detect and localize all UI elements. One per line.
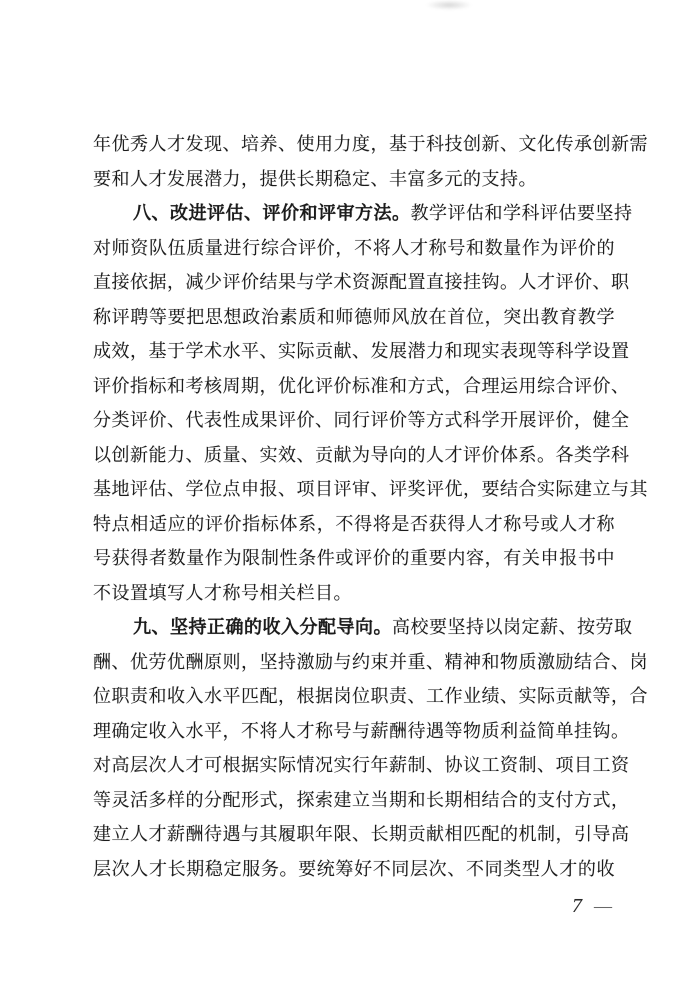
page-number-dash: —	[594, 896, 610, 917]
text-line: 理确定收入水平，不将人才称号与薪酬待遇等物质利益简单挂钩。	[93, 714, 615, 749]
text-line: 建立人才薪酬待遇与其履职年限、长期贡献相匹配的机制，引导高	[93, 817, 615, 852]
scan-smudge-artifact	[426, 0, 472, 10]
page-footer: 7 —	[572, 894, 610, 918]
text-line: 等灵活多样的分配形式，探索建立当期和长期相结合的支付方式，	[93, 783, 615, 818]
text-line: 分类评价、代表性成果评价、同行评价等方式科学开展评价，健全	[93, 403, 615, 438]
text-line: 直接依据，减少评价结果与学术资源配置直接挂钩。人才评价、职	[93, 265, 615, 300]
text-line: 以创新能力、质量、实效、贡献为导向的人才评价体系。各类学科	[93, 438, 615, 473]
page-number: 7	[572, 894, 582, 918]
section-heading-line: 九、坚持正确的收入分配导向。高校要坚持以岗定薪、按劳取	[93, 610, 615, 645]
text-line: 位职责和收入水平匹配，根据岗位职责、工作业绩、实际贡献等，合	[93, 679, 615, 714]
section-heading: 八、改进评估、评价和评审方法。	[133, 203, 411, 223]
text-line: 酬、优劳优酬原则，坚持激励与约束并重、精神和物质激励结合、岗	[93, 645, 615, 680]
text-line: 层次人才长期稳定服务。要统筹好不同层次、不同类型人才的收	[93, 852, 615, 887]
text-line: 对师资队伍质量进行综合评价，不将人才称号和数量作为评价的	[93, 231, 615, 266]
text-line: 评价指标和考核周期，优化评价标准和方式，合理运用综合评价、	[93, 369, 615, 404]
text-line: 特点相适应的评价指标体系，不得将是否获得人才称号或人才称	[93, 507, 615, 542]
section-heading-line: 八、改进评估、评价和评审方法。教学评估和学科评估要坚持	[93, 196, 615, 231]
text-line: 年优秀人才发现、培养、使用力度，基于科技创新、文化传承创新需	[93, 127, 615, 162]
section-heading: 九、坚持正确的收入分配导向。	[133, 617, 392, 637]
text-line: 要和人才发展潜力，提供长期稳定、丰富多元的支持。	[93, 162, 615, 197]
text-line: 称评聘等要把思想政治素质和师德师风放在首位，突出教育教学	[93, 300, 615, 335]
text-line: 不设置填写人才称号相关栏目。	[93, 576, 615, 611]
text-line: 号获得者数量作为限制性条件或评价的重要内容，有关申报书中	[93, 541, 615, 576]
text-line: 基地评估、学位点申报、项目评审、评奖评优，要结合实际建立与其	[93, 472, 615, 507]
text-line: 成效，基于学术水平、实际贡献、发展潜力和现实表现等科学设置	[93, 334, 615, 369]
text-line: 对高层次人才可根据实际情况实行年薪制、协议工资制、项目工资	[93, 748, 615, 783]
document-text: 年优秀人才发现、培养、使用力度，基于科技创新、文化传承创新需要和人才发展潜力，提…	[93, 127, 615, 886]
